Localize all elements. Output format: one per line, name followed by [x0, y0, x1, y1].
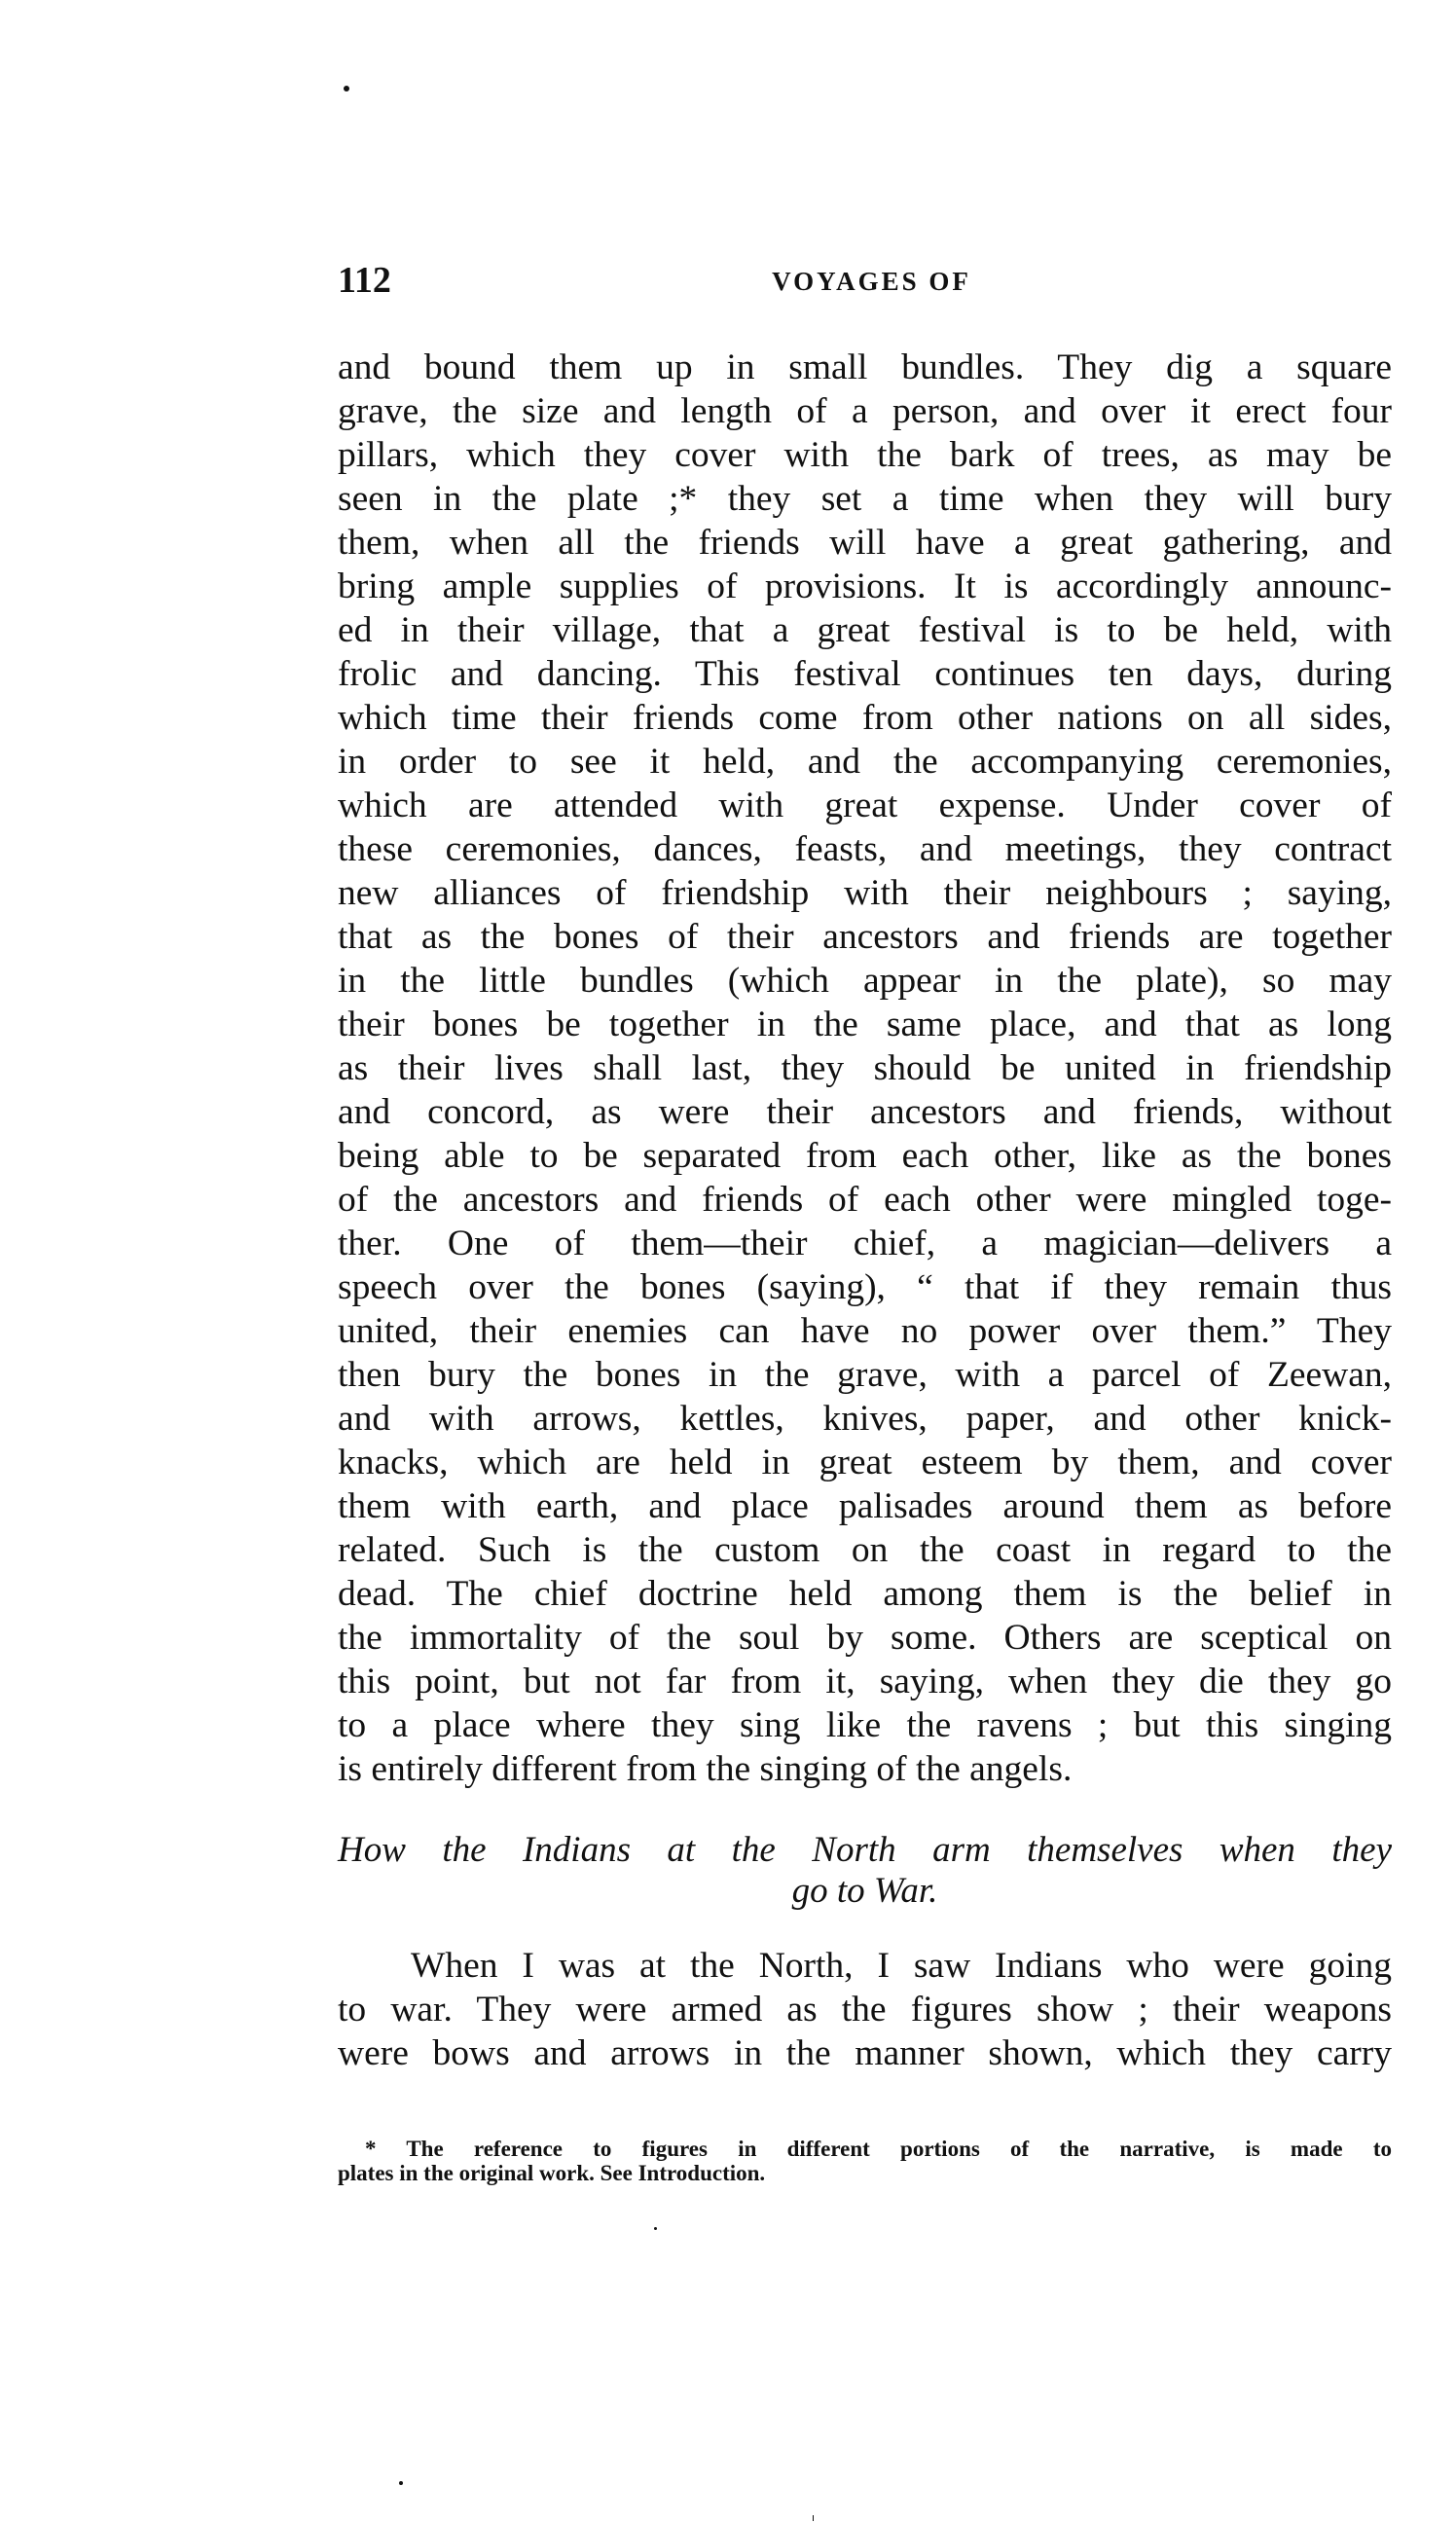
text-line: knacks, which are held in great esteem b… — [338, 1441, 1392, 1484]
text-line: this point, but not far from it, saying,… — [338, 1660, 1392, 1703]
text-line: frolic and dancing. This festival contin… — [338, 652, 1392, 696]
text-line: of the ancestors and friends of each oth… — [338, 1178, 1392, 1222]
book-page: 112 VOYAGES OF and bound them up in smal… — [0, 0, 1456, 2523]
text-line: the immortality of the soul by some. Oth… — [338, 1616, 1392, 1660]
text-line: bring ample supplies of provisions. It i… — [338, 565, 1392, 608]
text-line: speech over the bones (saying), “ that i… — [338, 1265, 1392, 1309]
scan-speck — [399, 2481, 403, 2485]
section-heading-line: How the Indians at the North arm themsel… — [338, 1830, 1392, 1871]
text-line: them with earth, and place palisades aro… — [338, 1484, 1392, 1528]
footnote: * The reference to figures in different … — [338, 2137, 1392, 2185]
scan-speck — [813, 2515, 814, 2521]
text-line: dead. The chief doctrine held among them… — [338, 1572, 1392, 1616]
text-line: is entirely different from the singing o… — [338, 1747, 1392, 1791]
paragraph-1: and bound them up in small bundles. They… — [338, 346, 1392, 1791]
text-line: to a place where they sing like the rave… — [338, 1703, 1392, 1747]
running-title: VOYAGES OF — [338, 265, 1392, 298]
text-line: When I was at the North, I saw Indians w… — [338, 1944, 1392, 1988]
section-heading-line: go to War. — [338, 1871, 1392, 1912]
text-line: related. Such is the custom on the coast… — [338, 1528, 1392, 1572]
text-line: being able to be separated from each oth… — [338, 1134, 1392, 1178]
text-line: grave, the size and length of a person, … — [338, 389, 1392, 433]
text-line: that as the bones of their ancestors and… — [338, 915, 1392, 959]
text-line: ther. One of them—their chief, a magicia… — [338, 1222, 1392, 1265]
text-line: their bones be together in the same plac… — [338, 1003, 1392, 1046]
text-line: to war. They were armed as the figures s… — [338, 1988, 1392, 2031]
scan-speck — [344, 86, 349, 91]
text-line: these ceremonies, dances, feasts, and me… — [338, 827, 1392, 871]
text-line: united, their enemies can have no power … — [338, 1309, 1392, 1353]
text-line: and with arrows, kettles, knives, paper,… — [338, 1397, 1392, 1441]
text-line: new alliances of friendship with their n… — [338, 871, 1392, 915]
text-line: as their lives shall last, they should b… — [338, 1046, 1392, 1090]
running-head: 112 VOYAGES OF — [338, 259, 1392, 302]
text-line: in the little bundles (which appear in t… — [338, 959, 1392, 1003]
text-line: ed in their village, that a great festiv… — [338, 608, 1392, 652]
text-line: in order to see it held, and the accompa… — [338, 740, 1392, 784]
scan-speck — [654, 2227, 657, 2230]
section-heading: How the Indians at the North arm themsel… — [338, 1830, 1392, 1912]
text-line: pillars, which they cover with the bark … — [338, 433, 1392, 477]
text-line: then bury the bones in the grave, with a… — [338, 1353, 1392, 1397]
text-line: and bound them up in small bundles. They… — [338, 346, 1392, 389]
text-line: and concord, as were their ancestors and… — [338, 1090, 1392, 1134]
footnote-line: plates in the original work. See Introdu… — [338, 2161, 1392, 2185]
footnote-line: * The reference to figures in different … — [338, 2137, 1392, 2161]
text-line: were bows and arrows in the manner shown… — [338, 2031, 1392, 2075]
text-line: which time their friends come from other… — [338, 696, 1392, 740]
text-line: which are attended with great expense. U… — [338, 784, 1392, 827]
text-line-with-footnote-ref: seen in the plate ;* they set a time whe… — [338, 477, 1392, 521]
text-line: them, when all the friends will have a g… — [338, 521, 1392, 565]
paragraph-2: When I was at the North, I saw Indians w… — [338, 1944, 1392, 2075]
